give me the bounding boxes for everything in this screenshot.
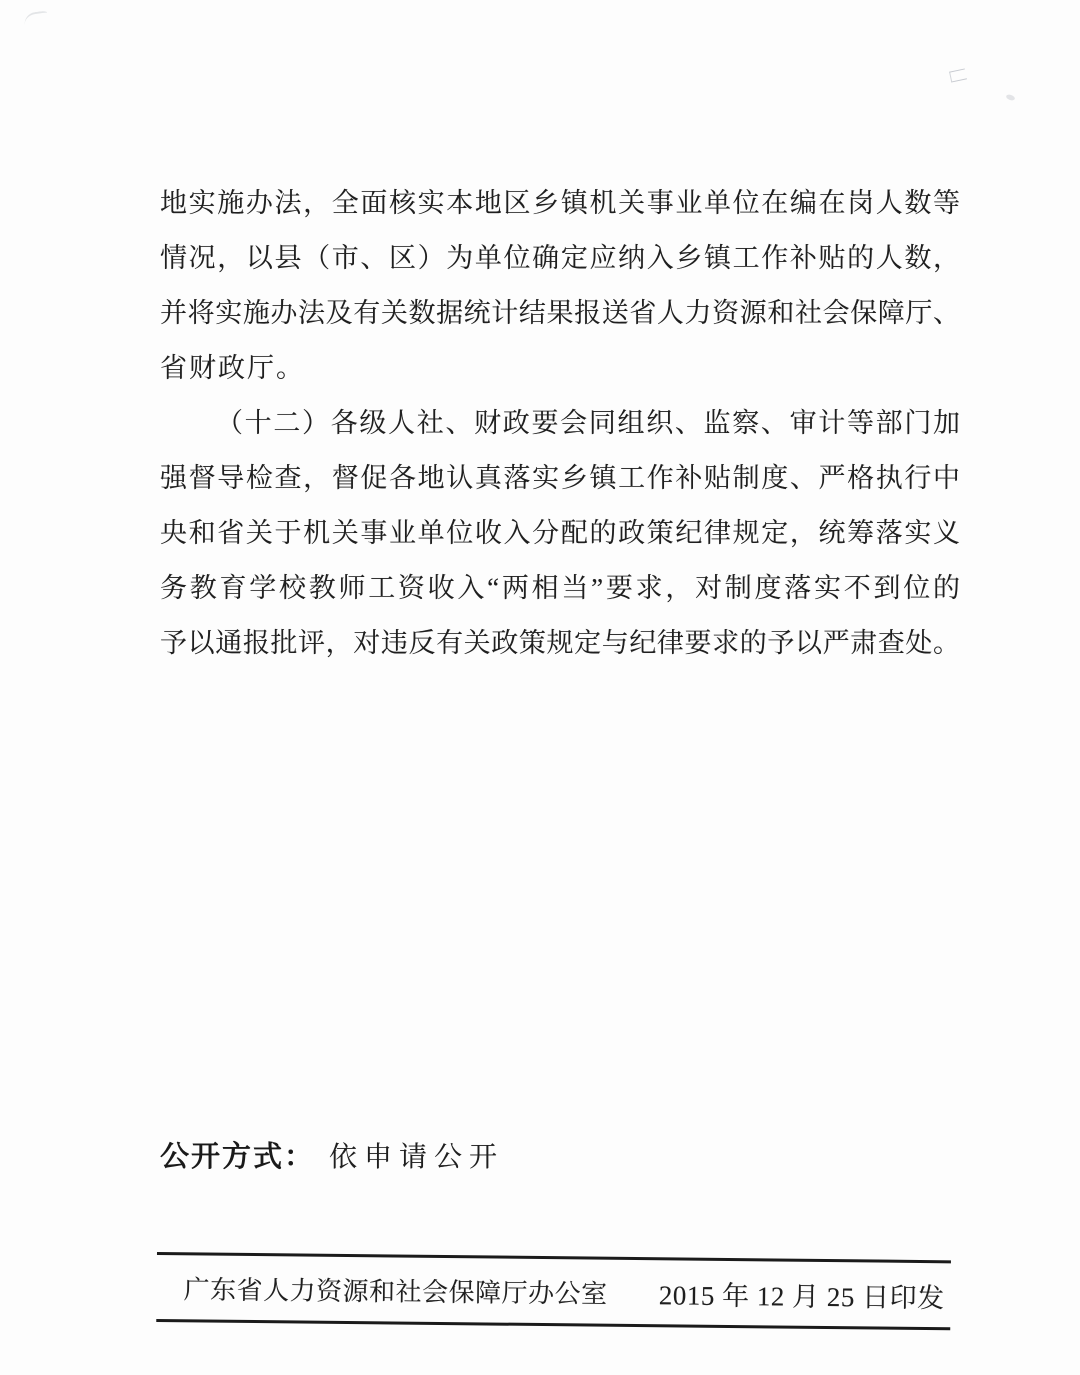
- scanned-document-page: { "colors": { "paper": "#fdfdfd", "ink":…: [0, 0, 1080, 1375]
- document-body: 地实施办法，全面核实本地区乡镇机关事业单位在编在岗人数等 情况，以县（市、区）为…: [160, 176, 960, 671]
- body-line-6: 强督导检查，督促各地认真落实乡镇工作补贴制度、严格执行中: [160, 451, 960, 506]
- body-line-8: 务教育学校教师工资收入“两相当”要求，对制度落实不到位的: [160, 561, 960, 616]
- scan-smudge-top-left: [23, 10, 49, 27]
- disclosure-label: 公开方式：: [160, 1141, 315, 1173]
- scan-speck-top-right: [1005, 94, 1015, 102]
- colophon: 广东省人力资源和社会保障厅办公室 2015 年 12 月 25 日印发: [156, 1252, 951, 1330]
- issuing-office: 广东省人力资源和社会保障厅办公室: [183, 1269, 607, 1310]
- print-date: 2015 年 12 月 25 日印发: [659, 1273, 945, 1315]
- scan-smudge-top-right: [949, 68, 967, 82]
- body-line-5: （十二）各级人社、财政要会同组织、监察、审计等部门加: [160, 396, 960, 451]
- body-line-2: 情况，以县（市、区）为单位确定应纳入乡镇工作补贴的人数，: [160, 231, 960, 286]
- body-line-9: 予以通报批评，对违反有关政策规定与纪律要求的予以严肃查处。: [160, 616, 960, 671]
- body-line-7: 央和省关于机关事业单位收入分配的政策纪律规定，统筹落实义: [160, 506, 960, 561]
- body-line-1: 地实施办法，全面核实本地区乡镇机关事业单位在编在岗人数等: [160, 176, 960, 231]
- body-line-3: 并将实施办法及有关数据统计结果报送省人力资源和社会保障厅、: [160, 286, 960, 341]
- colophon-row: 广东省人力资源和社会保障厅办公室 2015 年 12 月 25 日印发: [156, 1255, 951, 1327]
- body-line-4: 省财政厅。: [160, 341, 960, 396]
- disclosure-method: 公开方式：依申请公开: [160, 1134, 504, 1175]
- disclosure-value: 依申请公开: [329, 1142, 504, 1173]
